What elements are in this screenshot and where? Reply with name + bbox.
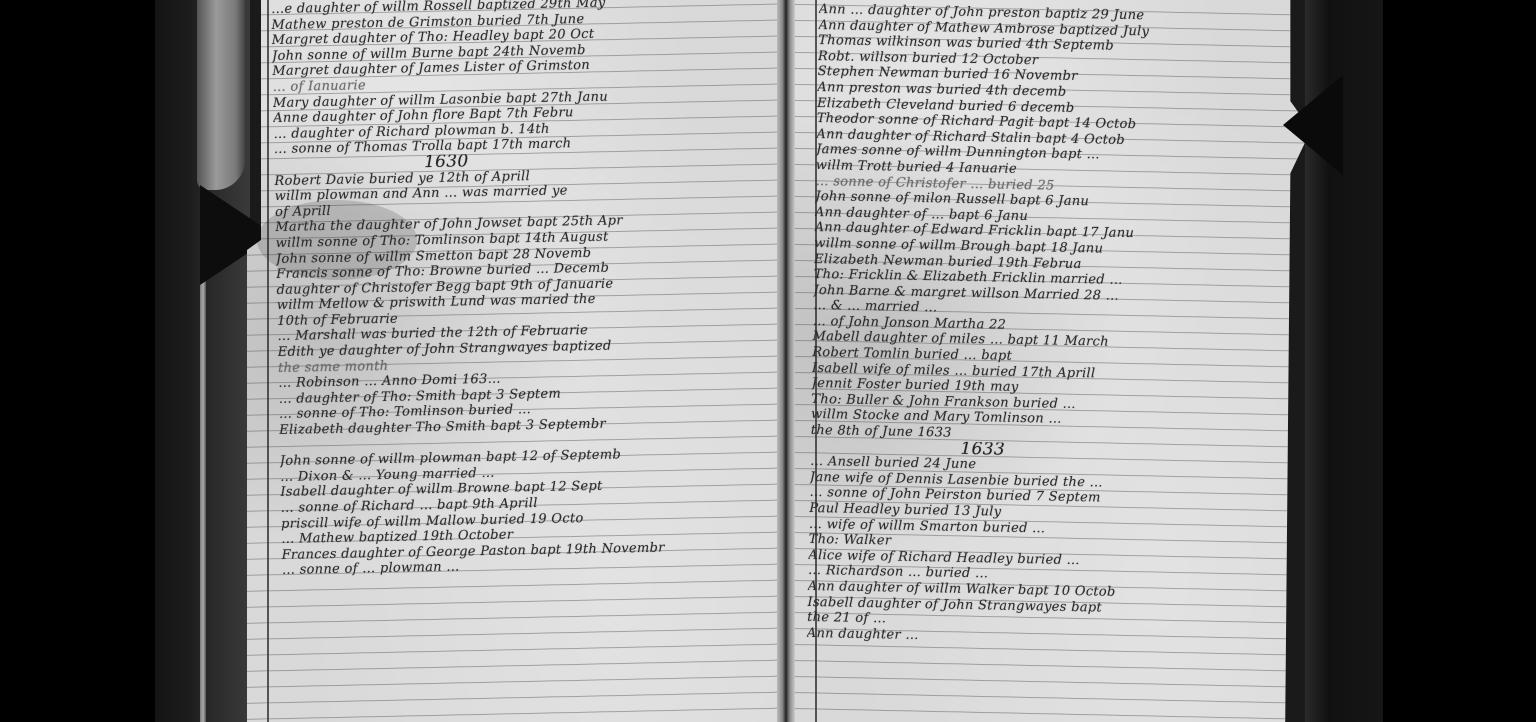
right-page: Ann … daughter of John preston baptiz 29… [795,0,1311,722]
right-binding [1305,0,1383,722]
binding-tab-shadow [1283,75,1343,175]
right-page-entries: Ann … daughter of John preston baptiz 29… [807,2,1305,651]
binding-edge [200,250,206,722]
margin-rule [267,0,269,722]
book-gutter [777,0,795,722]
left-binding [155,0,250,722]
binding-flap [197,0,245,190]
left-page: …e daughter of willm Rossell baptized 29… [247,0,777,722]
left-page-entries: …e daughter of willm Rossell baptized 29… [271,0,777,579]
scanned-register-spread: …e daughter of willm Rossell baptized 29… [155,0,1383,722]
